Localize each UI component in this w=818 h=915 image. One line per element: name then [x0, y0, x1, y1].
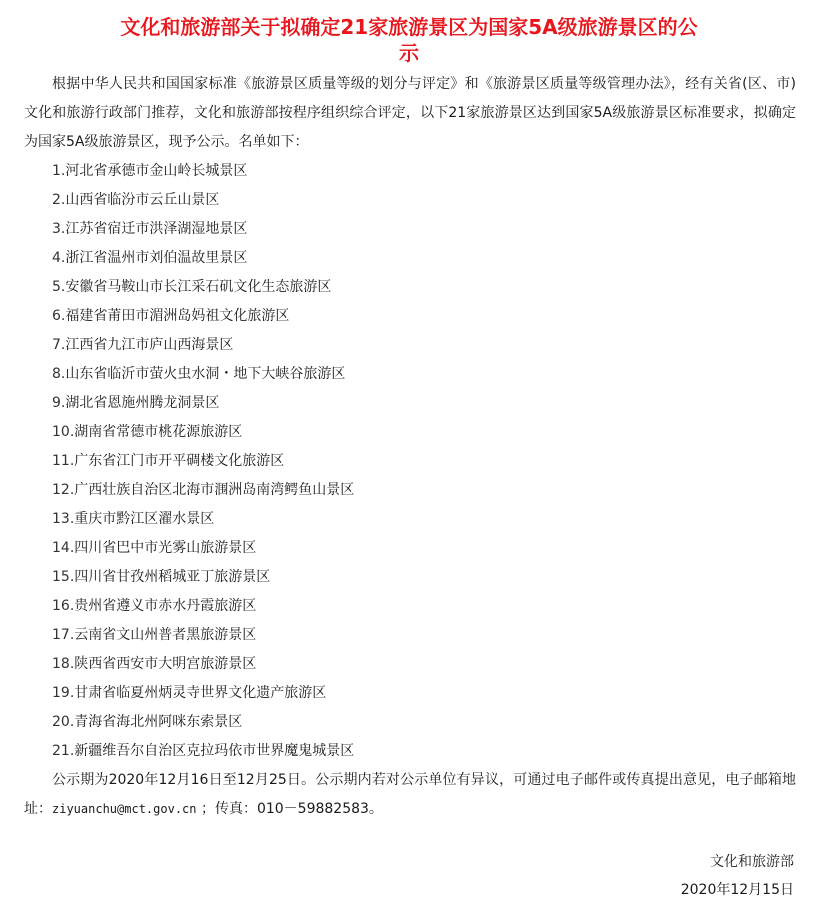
- fax-number: 010－59882583。: [257, 801, 383, 817]
- list-item: 12.广西壮族自治区北海市涠洲岛南湾鳄鱼山景区: [24, 476, 796, 505]
- item-number: 11.: [52, 453, 74, 469]
- item-name: 河北省承德市金山岭长城景区: [65, 163, 247, 179]
- item-name: 甘肃省临夏州炳灵寺世界文化遗产旅游区: [74, 685, 326, 701]
- item-name: 广西壮族自治区北海市涠洲岛南湾鳄鱼山景区: [74, 482, 354, 498]
- intro-paragraph: 根据中华人民共和国国家标准《旅游景区质量等级的划分与评定》和《旅游景区质量等级管…: [24, 70, 796, 157]
- item-name: 贵州省遵义市赤水丹霞旅游区: [74, 598, 256, 614]
- signature-organization: 文化和旅游部: [594, 851, 794, 871]
- item-name: 山西省临汾市云丘山景区: [65, 192, 219, 208]
- list-item: 10.湖南省常德市桃花源旅游区: [24, 418, 796, 447]
- item-number: 9.: [52, 395, 65, 411]
- item-name: 广东省江门市开平碉楼文化旅游区: [74, 453, 284, 469]
- item-name: 湖南省常德市桃花源旅游区: [74, 424, 242, 440]
- list-item: 8.山东省临沂市萤火虫水洞・地下大峡谷旅游区: [24, 360, 796, 389]
- item-name: 新疆维吾尔自治区克拉玛依市世界魔鬼城景区: [74, 743, 354, 759]
- item-number: 21.: [52, 743, 74, 759]
- list-item: 20.青海省海北州阿咪东索景区: [24, 708, 796, 737]
- list-item: 19.甘肃省临夏州炳灵寺世界文化遗产旅游区: [24, 679, 796, 708]
- list-item: 3.江苏省宿迁市洪泽湖湿地景区: [24, 215, 796, 244]
- item-number: 15.: [52, 569, 74, 585]
- item-number: 17.: [52, 627, 74, 643]
- list-item: 14.四川省巴中市光雾山旅游景区: [24, 534, 796, 563]
- item-name: 安徽省马鞍山市长江采石矶文化生态旅游区: [65, 279, 331, 295]
- list-item: 7.江西省九江市庐山西海景区: [24, 331, 796, 360]
- title-line-2: 示: [0, 40, 818, 66]
- item-number: 4.: [52, 250, 65, 266]
- list-item: 6.福建省莆田市湄洲岛妈祖文化旅游区: [24, 302, 796, 331]
- document-title: 文化和旅游部关于拟确定21家旅游景区为国家5A级旅游景区的公 示: [0, 14, 818, 66]
- item-number: 2.: [52, 192, 65, 208]
- item-name: 浙江省温州市刘伯温故里景区: [65, 250, 247, 266]
- list-item: 18.陕西省西安市大明宫旅游景区: [24, 650, 796, 679]
- list-item: 4.浙江省温州市刘伯温故里景区: [24, 244, 796, 273]
- item-number: 20.: [52, 714, 74, 730]
- item-name: 青海省海北州阿咪东索景区: [74, 714, 242, 730]
- item-number: 13.: [52, 511, 74, 527]
- item-name: 湖北省恩施州腾龙洞景区: [65, 395, 219, 411]
- item-name: 四川省甘孜州稻城亚丁旅游景区: [74, 569, 270, 585]
- item-number: 10.: [52, 424, 74, 440]
- list-item: 13.重庆市黔江区濯水景区: [24, 505, 796, 534]
- item-name: 重庆市黔江区濯水景区: [74, 511, 214, 527]
- email-address[interactable]: ziyuanchu@mct.gov.cn: [52, 802, 197, 816]
- item-name: 江西省九江市庐山西海景区: [65, 337, 233, 353]
- item-number: 8.: [52, 366, 65, 382]
- list-item: 17.云南省文山州普者黑旅游景区: [24, 621, 796, 650]
- item-number: 3.: [52, 221, 65, 237]
- item-name: 陕西省西安市大明宫旅游景区: [74, 656, 256, 672]
- item-name: 云南省文山州普者黑旅游景区: [74, 627, 256, 643]
- list-item: 11.广东省江门市开平碉楼文化旅游区: [24, 447, 796, 476]
- item-number: 5.: [52, 279, 65, 295]
- fax-label: ；传真：: [197, 801, 257, 817]
- list-item: 15.四川省甘孜州稻城亚丁旅游景区: [24, 563, 796, 592]
- item-number: 7.: [52, 337, 65, 353]
- document-body: 根据中华人民共和国国家标准《旅游景区质量等级的划分与评定》和《旅游景区质量等级管…: [24, 70, 796, 824]
- item-number: 19.: [52, 685, 74, 701]
- list-item: 1.河北省承德市金山岭长城景区: [24, 157, 796, 186]
- signature-date: 2020年12月15日: [594, 879, 794, 899]
- list-item: 2.山西省临汾市云丘山景区: [24, 186, 796, 215]
- item-number: 1.: [52, 163, 65, 179]
- item-number: 18.: [52, 656, 74, 672]
- item-number: 14.: [52, 540, 74, 556]
- list-item: 21.新疆维吾尔自治区克拉玛依市世界魔鬼城景区: [24, 737, 796, 766]
- item-name: 江苏省宿迁市洪泽湖湿地景区: [65, 221, 247, 237]
- list-item: 9.湖北省恩施州腾龙洞景区: [24, 389, 796, 418]
- item-number: 16.: [52, 598, 74, 614]
- list-item: 16.贵州省遵义市赤水丹霞旅游区: [24, 592, 796, 621]
- title-line-1: 文化和旅游部关于拟确定21家旅游景区为国家5A级旅游景区的公: [0, 14, 818, 40]
- item-name: 四川省巴中市光雾山旅游景区: [74, 540, 256, 556]
- scenic-area-list: 1.河北省承德市金山岭长城景区2.山西省临汾市云丘山景区3.江苏省宿迁市洪泽湖湿…: [24, 157, 796, 766]
- item-number: 12.: [52, 482, 74, 498]
- list-item: 5.安徽省马鞍山市长江采石矶文化生态旅游区: [24, 273, 796, 302]
- notice-paragraph: 公示期为2020年12月16日至12月25日。公示期内若对公示单位有异议，可通过…: [24, 766, 796, 824]
- item-name: 山东省临沂市萤火虫水洞・地下大峡谷旅游区: [65, 366, 345, 382]
- item-number: 6.: [52, 308, 65, 324]
- item-name: 福建省莆田市湄洲岛妈祖文化旅游区: [65, 308, 289, 324]
